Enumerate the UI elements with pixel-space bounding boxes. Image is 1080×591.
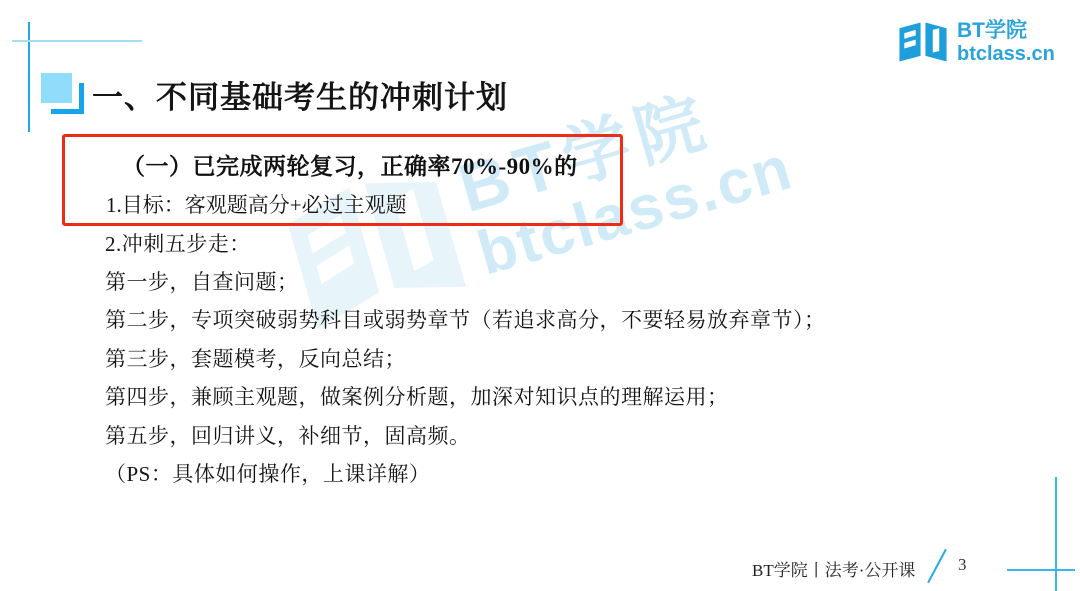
book-logo-icon: [897, 18, 949, 66]
step-line-3: 第三步，套题模考，反向总结；: [105, 343, 406, 373]
bottom-right-vertical-line: [1055, 477, 1057, 591]
slide: BT学院 btclass.cn BT学院 btclass.cn 一、不同基础考生…: [0, 0, 1080, 591]
page-number: 3: [958, 555, 967, 575]
top-left-vertical-line: [28, 22, 30, 132]
goal-line: 1.目标：客观题高分+必过主观题: [106, 189, 407, 219]
step-line-1: 第一步，自查问题；: [105, 266, 299, 296]
page-title: 一、不同基础考生的冲刺计划: [92, 72, 508, 117]
step-line-4: 第四步，兼顾主观题，做案例分析题，加深对知识点的理解运用；: [105, 381, 729, 411]
bottom-right-horizontal-line: [1007, 569, 1075, 571]
brand-domain: btclass.cn: [957, 43, 1055, 65]
postscript-line: （PS：具体如何操作，上课详解）: [105, 458, 430, 488]
footer-course-label: BT学院丨法考·公开课: [752, 556, 915, 581]
step-line-5: 第五步，回归讲义，补细节，固高频。: [105, 420, 471, 450]
steps-intro-line: 2.冲刺五步走：: [105, 228, 251, 258]
footer-slash-icon: [927, 549, 947, 583]
brand-name: BT学院: [957, 19, 1055, 43]
step-line-2: 第二步，专项突破弱势科目或弱势章节（若追求高分，不要轻易放弃章节）；: [105, 304, 826, 334]
brand-logo-text: BT学院 btclass.cn: [957, 19, 1055, 65]
top-left-horizontal-line: [12, 40, 142, 42]
section-heading: （一）已完成两轮复习，正确率70%-90%的: [122, 148, 578, 181]
title-bullet-shadow-icon: [51, 83, 84, 114]
brand-logo: BT学院 btclass.cn: [897, 18, 1055, 66]
